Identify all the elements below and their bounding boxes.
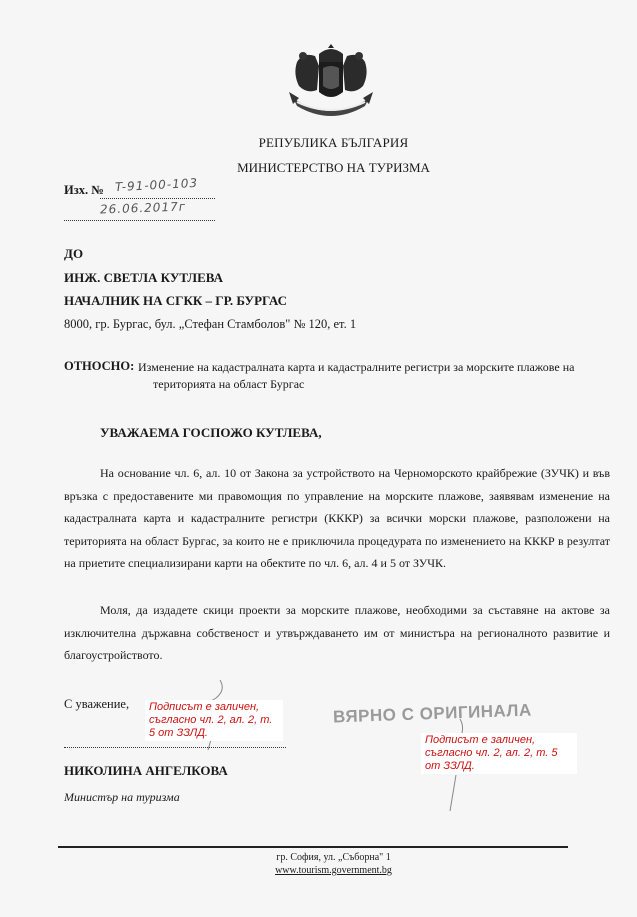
signer-title: Министър на туризма xyxy=(64,790,180,805)
signer-name: НИКОЛИНА АНГЕЛКОВА xyxy=(64,763,228,779)
ministry-name: МИНИСТЕРСТВО НА ТУРИЗМА xyxy=(0,160,637,176)
reference-date: 26.06.2017г xyxy=(100,200,186,217)
paragraph-text: На основание чл. 6, ал. 10 от Закона за … xyxy=(64,462,610,575)
body-paragraph-2: Моля, да издадете скици проекти за морск… xyxy=(64,599,610,667)
subject-line-1: Изменение на кадастралната карта и кадас… xyxy=(138,360,618,375)
body-paragraph-1: На основание чл. 6, ал. 10 от Закона за … xyxy=(64,462,610,575)
footer-website-link[interactable]: www.tourism.government.bg xyxy=(0,865,637,876)
country-name: РЕПУБЛИКА БЪЛГАРИЯ xyxy=(0,135,637,151)
footer-address: гр. София, ул. „Съборна" 1 xyxy=(0,852,637,863)
recipient-name: ИНЖ. СВЕТЛА КУТЛЕВА xyxy=(64,270,223,286)
certified-copy-stamp: ВЯРНО С ОРИГИНАЛА xyxy=(333,701,532,728)
signature-line xyxy=(64,735,286,748)
recipient-to: ДО xyxy=(64,246,83,262)
subject-line-2: територията на област Бургас xyxy=(153,377,304,392)
reference-label: Изх. № xyxy=(64,183,104,198)
greeting: УВАЖАЕМА ГОСПОЖО КУТЛЕВА, xyxy=(100,425,322,441)
recipient-position: НАЧАЛНИК НА СГКК – ГР. БУРГАС xyxy=(64,293,287,309)
footer-divider xyxy=(58,846,568,848)
paragraph-text: Моля, да издадете скици проекти за морск… xyxy=(64,599,610,667)
coat-of-arms-icon xyxy=(283,40,379,124)
recipient-address: 8000, гр. Бургас, бул. „Стефан Стамболов… xyxy=(64,317,356,332)
closing: С уважение, xyxy=(64,697,129,712)
stamp-redaction-note: Подписът е заличен, съгласно чл. 2, ал. … xyxy=(421,733,577,774)
subject-label: ОТНОСНО: xyxy=(64,359,134,374)
